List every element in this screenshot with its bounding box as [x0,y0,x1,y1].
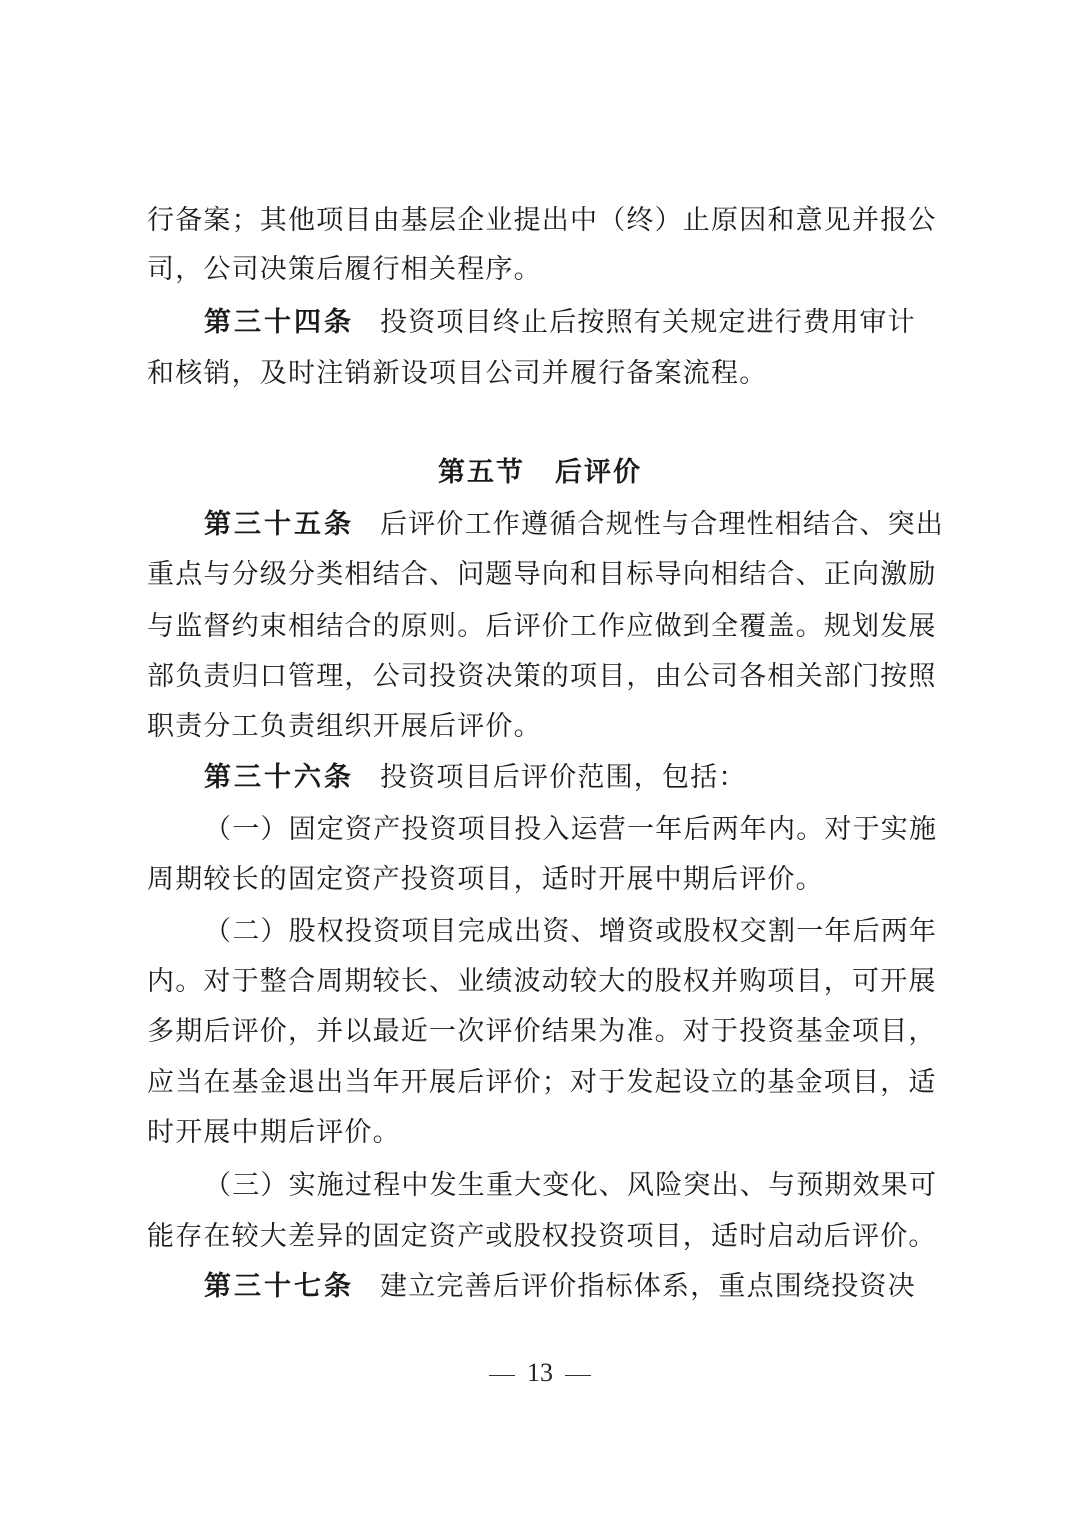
article-number: 第三十四条 [204,307,354,338]
article-number: 第三十六条 [204,762,354,793]
paragraph-line: 职责分工负责组织开展后评价。 [147,709,947,745]
paragraph-line: 和核销，及时注销新设项目公司并履行备案流程。 [147,356,947,392]
paragraph-line: 周期较长的固定资产投资项目，适时开展中期后评价。 [147,862,947,898]
article-number: 第三十七条 [204,1271,354,1302]
article-number: 第三十五条 [204,509,354,540]
article-37-line: 第三十七条建立完善后评价指标体系，重点围绕投资决 [204,1269,947,1305]
paragraph-line: 与监督约束相结合的原则。后评价工作应做到全覆盖。规划发展 [147,609,947,645]
article-36-line: 第三十六条投资项目后评价范围，包括： [204,760,947,796]
paragraph-line: 多期后评价，并以最近一次评价结果为准。对于投资基金项目， [147,1014,947,1050]
paragraph-line: 时开展中期后评价。 [147,1115,947,1151]
section-title: 后评价 [555,457,642,488]
page-number: 13 [527,1358,553,1387]
dash-decoration [565,1375,591,1376]
document-page: 行备案；其他项目由基层企业提出中（终）止原因和意见并报公 司，公司决策后履行相关… [0,0,1080,1527]
article-34-line: 第三十四条投资项目终止后按照有关规定进行费用审计 [204,305,947,341]
dash-decoration [489,1375,515,1376]
list-item-1: （一）固定资产投资项目投入运营一年后两年内。对于实施 [204,812,947,848]
section-heading: 第五节后评价 [0,455,1080,491]
list-item-3: （三）实施过程中发生重大变化、风险突出、与预期效果可 [204,1168,947,1204]
paragraph-line: 应当在基金退出当年开展后评价；对于发起设立的基金项目，适 [147,1065,947,1101]
paragraph-line: 行备案；其他项目由基层企业提出中（终）止原因和意见并报公 [147,203,947,239]
article-35-line: 第三十五条后评价工作遵循合规性与合理性相结合、突出 [204,507,947,543]
list-item-2: （二）股权投资项目完成出资、增资或股权交割一年后两年 [204,914,947,950]
page-footer: 13 [0,1356,1080,1390]
paragraph-line: 重点与分级分类相结合、问题导向和目标导向相结合、正向激励 [147,557,947,593]
paragraph-line: 部负责归口管理，公司投资决策的项目，由公司各相关部门按照 [147,659,947,695]
paragraph-line: 内。对于整合周期较长、业绩波动较大的股权并购项目，可开展 [147,964,947,1000]
article-text: 后评价工作遵循合规性与合理性相结合、突出 [380,509,944,540]
section-number: 第五节 [438,457,525,488]
paragraph-line: 能存在较大差异的固定资产或股权投资项目，适时启动后评价。 [147,1219,947,1255]
article-text: 投资项目终止后按照有关规定进行费用审计 [380,307,916,338]
article-text: 建立完善后评价指标体系，重点围绕投资决 [380,1271,916,1302]
paragraph-line: 司，公司决策后履行相关程序。 [147,252,947,288]
article-text: 投资项目后评价范围，包括： [380,762,747,793]
